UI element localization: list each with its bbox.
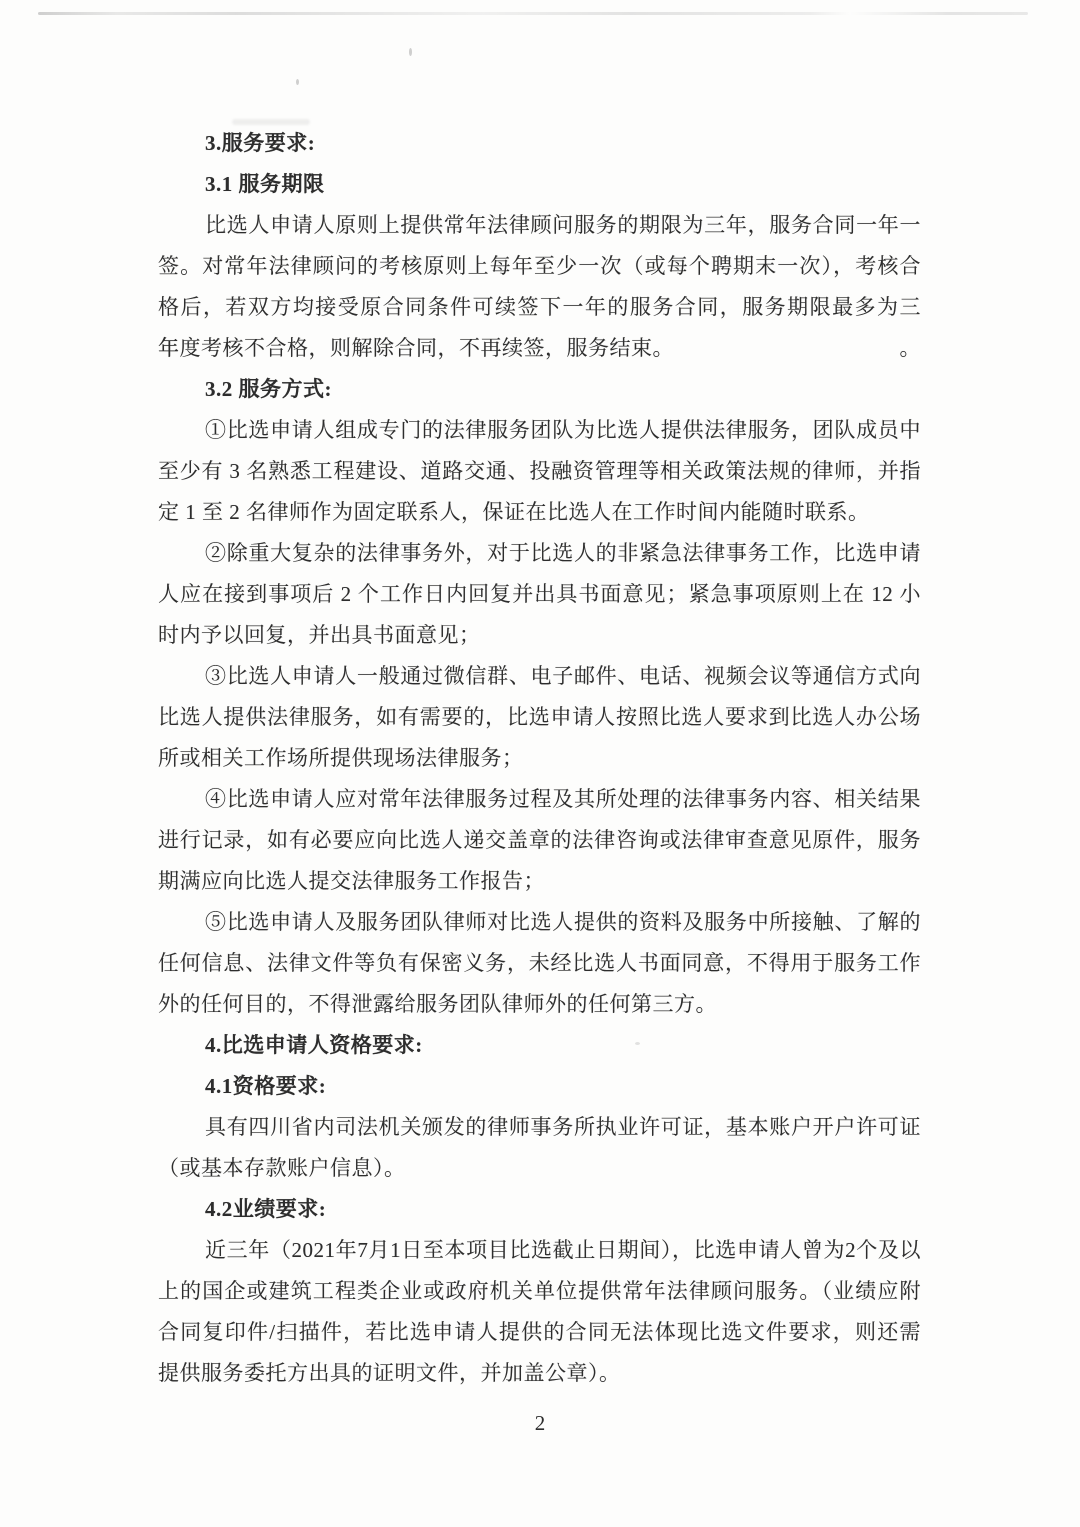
text-line: 人应在接到事项后 2 个工作日内回复并出具书面意见；紧急事项原则上在 12 小 <box>158 574 921 615</box>
text-line: ①比选申请人组成专门的法律服务团队为比选人提供法律服务，团队成员中 <box>158 410 921 451</box>
text-line: 定 1 至 2 名律师作为固定联系人，保证在比选人在工作时间内能随时联系。 <box>158 492 921 533</box>
text-line: 合同复印件/扫描件，若比选申请人提供的合同无法体现比选文件要求，则还需 <box>158 1312 921 1353</box>
text-line: 所或相关工作场所提供现场法律服务； <box>158 738 921 779</box>
document-body: 3.服务要求:3.1 服务期限比选人申请人原则上提供常年法律顾问服务的期限为三年… <box>158 123 921 1394</box>
text-line: 4.1资格要求: <box>158 1066 921 1107</box>
text-line: 任何信息、法律文件等负有保密义务，未经比选人书面同意，不得用于服务工作 <box>158 943 921 984</box>
text-line: 上的国企或建筑工程类企业或政府机关单位提供常年法律顾问服务。（业绩应附 <box>158 1271 921 1312</box>
text-line: 3.2 服务方式: <box>158 369 921 410</box>
text-line: ⑤比选申请人及服务团队律师对比选人提供的资料及服务中所接触、了解的 <box>158 902 921 943</box>
scan-artifact-speck <box>296 79 299 85</box>
text-line: 具有四川省内司法机关颁发的律师事务所执业许可证，基本账户开户许可证 <box>158 1107 921 1148</box>
text-line: 进行记录，如有必要应向比选人递交盖章的法律咨询或法律审查意见原件，服务 <box>158 820 921 861</box>
text-line: 期满应向比选人提交法律服务工作报告； <box>158 861 921 902</box>
scan-artifact-speck <box>409 48 412 56</box>
text-line: （或基本存款账户信息）。 <box>158 1148 921 1189</box>
text-line: ③比选人申请人一般通过微信群、电子邮件、电话、视频会议等通信方式向 <box>158 656 921 697</box>
text-line: 4.比选申请人资格要求: <box>158 1025 921 1066</box>
text-line: 3.1 服务期限 <box>158 164 921 205</box>
text-line: 比选人提供法律服务，如有需要的，比选申请人按照比选人要求到比选人办公场 <box>158 697 921 738</box>
scan-artifact-streak <box>38 12 1028 15</box>
text-line: 提供服务委托方出具的证明文件，并加盖公章）。 <box>158 1353 921 1394</box>
text-line: 近三年（2021年7月1日至本项目比选截止日期间），比选申请人曾为2个及以 <box>158 1230 921 1271</box>
text-line: 外的任何目的，不得泄露给服务团队律师外的任何第三方。 <box>158 984 921 1025</box>
text-line: 签。对常年法律顾问的考核原则上每年至少一次（或每个聘期末一次），考核合 <box>158 246 921 287</box>
text-line: 至少有 3 名熟悉工程建设、道路交通、投融资管理等相关政策法规的律师，并指 <box>158 451 921 492</box>
scanned-document-page: 3.服务要求:3.1 服务期限比选人申请人原则上提供常年法律顾问服务的期限为三年… <box>0 0 1080 1527</box>
text-line: 比选人申请人原则上提供常年法律顾问服务的期限为三年，服务合同一年一 <box>158 205 921 246</box>
text-line: 格后，若双方均接受原合同条件可续签下一年的服务合同，服务期限最多为三年。 <box>158 287 921 328</box>
text-line: ②除重大复杂的法律事务外，对于比选人的非紧急法律事务工作，比选申请 <box>158 533 921 574</box>
page-number: 2 <box>0 1408 1080 1438</box>
text-line: 4.2业绩要求: <box>158 1189 921 1230</box>
text-line: 时内予以回复，并出具书面意见； <box>158 615 921 656</box>
text-line: ④比选申请人应对常年法律服务过程及其所处理的法律事务内容、相关结果 <box>158 779 921 820</box>
text-line: 3.服务要求: <box>158 123 921 164</box>
